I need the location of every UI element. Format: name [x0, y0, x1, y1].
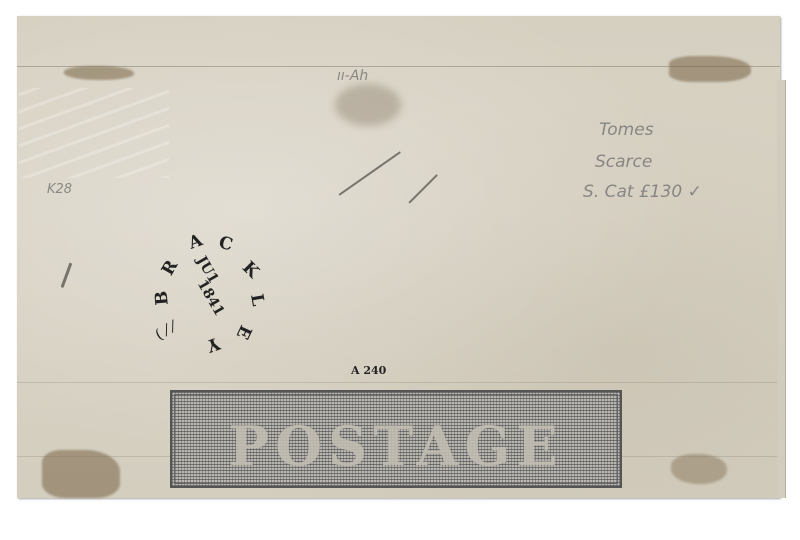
ink-mark: [61, 263, 73, 288]
hinge-stain-top-right: [669, 56, 751, 82]
hinge-stain-bottom-right: [671, 454, 727, 484]
pencil-note-left: K28: [47, 182, 72, 197]
fold-line-lower: [17, 382, 780, 383]
hinge-stain-top-left: [64, 66, 134, 80]
datestamp-ornament: ( ⁄ ⁄: [152, 318, 179, 344]
postage-panel: POSTAGE: [170, 390, 622, 488]
ink-mark: [338, 151, 401, 196]
stain-top-center: [335, 84, 401, 126]
pencil-note-right-3: S. Cat £130 ✓: [583, 182, 702, 202]
pencil-note-top: ıı-Ah: [337, 68, 368, 84]
postage-word: POSTAGE: [172, 414, 620, 478]
ink-mark: [408, 174, 438, 204]
flap-edge: [777, 80, 786, 498]
hinge-stain-bottom-left: [42, 450, 120, 498]
pencil-note-right-2: Scarce: [595, 152, 652, 172]
postal-cover: K28 ıı-Ah Tomes Scarce S. Cat £130 ✓ B R…: [17, 16, 780, 498]
reference-number: A 240: [351, 364, 386, 377]
date-year: 1841: [194, 277, 227, 319]
pencil-note-right-1: Tomes: [599, 120, 654, 140]
flap-fold-line: [17, 66, 780, 67]
brackley-datestamp: B R A C K L E Y JU1 1841 ( ⁄ ⁄: [145, 222, 275, 352]
paper-creases: [19, 88, 169, 178]
